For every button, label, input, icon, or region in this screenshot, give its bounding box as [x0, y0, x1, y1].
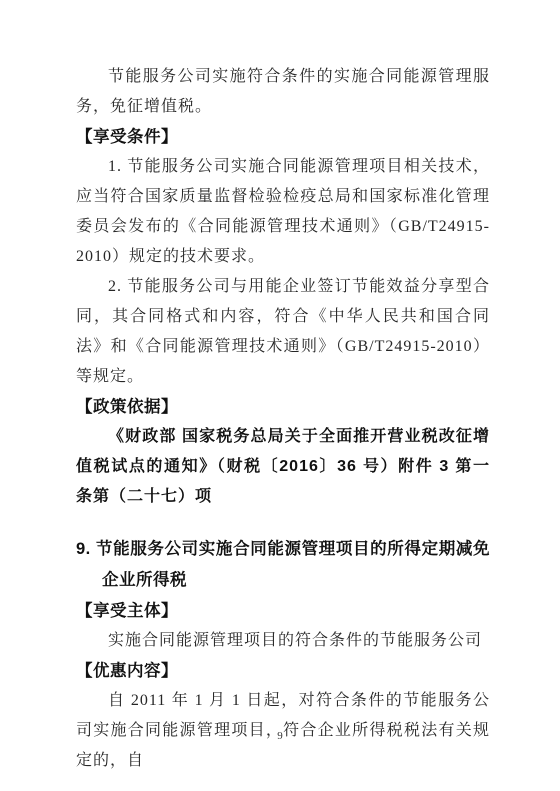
bracket-header-eligibility-conditions: 【享受条件】 [76, 122, 490, 152]
body-paragraph-vat-exemption: 节能服务公司实施符合条件的实施合同能源管理服务，免征增值税。 [76, 62, 490, 122]
body-paragraph-condition-2: 2. 节能服务公司与用能企业签订节能效益分享型合同，其合同格式和内容，符合《中华… [76, 272, 490, 392]
section-9-title: 9. 节能服务公司实施合同能源管理项目的所得定期减免企业所得税 [76, 534, 490, 596]
page-number: 9 [0, 728, 560, 744]
body-paragraph-eligible-entities: 实施合同能源管理项目的符合条件的节能服务公司 [76, 626, 490, 656]
document-content: 节能服务公司实施符合条件的实施合同能源管理服务，免征增值税。 【享受条件】 1.… [76, 62, 490, 776]
bracket-header-policy-basis: 【政策依据】 [76, 392, 490, 422]
body-paragraph-condition-1: 1. 节能服务公司实施合同能源管理项目相关技术，应当符合国家质量监督检验检疫总局… [76, 152, 490, 272]
bracket-header-preferential-content: 【优惠内容】 [76, 656, 490, 686]
policy-reference-paragraph: 《财政部 国家税务总局关于全面推开营业税改征增值税试点的通知》（财税〔2016〕… [76, 422, 490, 512]
document-page: 节能服务公司实施符合条件的实施合同能源管理服务，免征增值税。 【享受条件】 1.… [0, 0, 560, 791]
bracket-header-eligible-entities: 【享受主体】 [76, 596, 490, 626]
